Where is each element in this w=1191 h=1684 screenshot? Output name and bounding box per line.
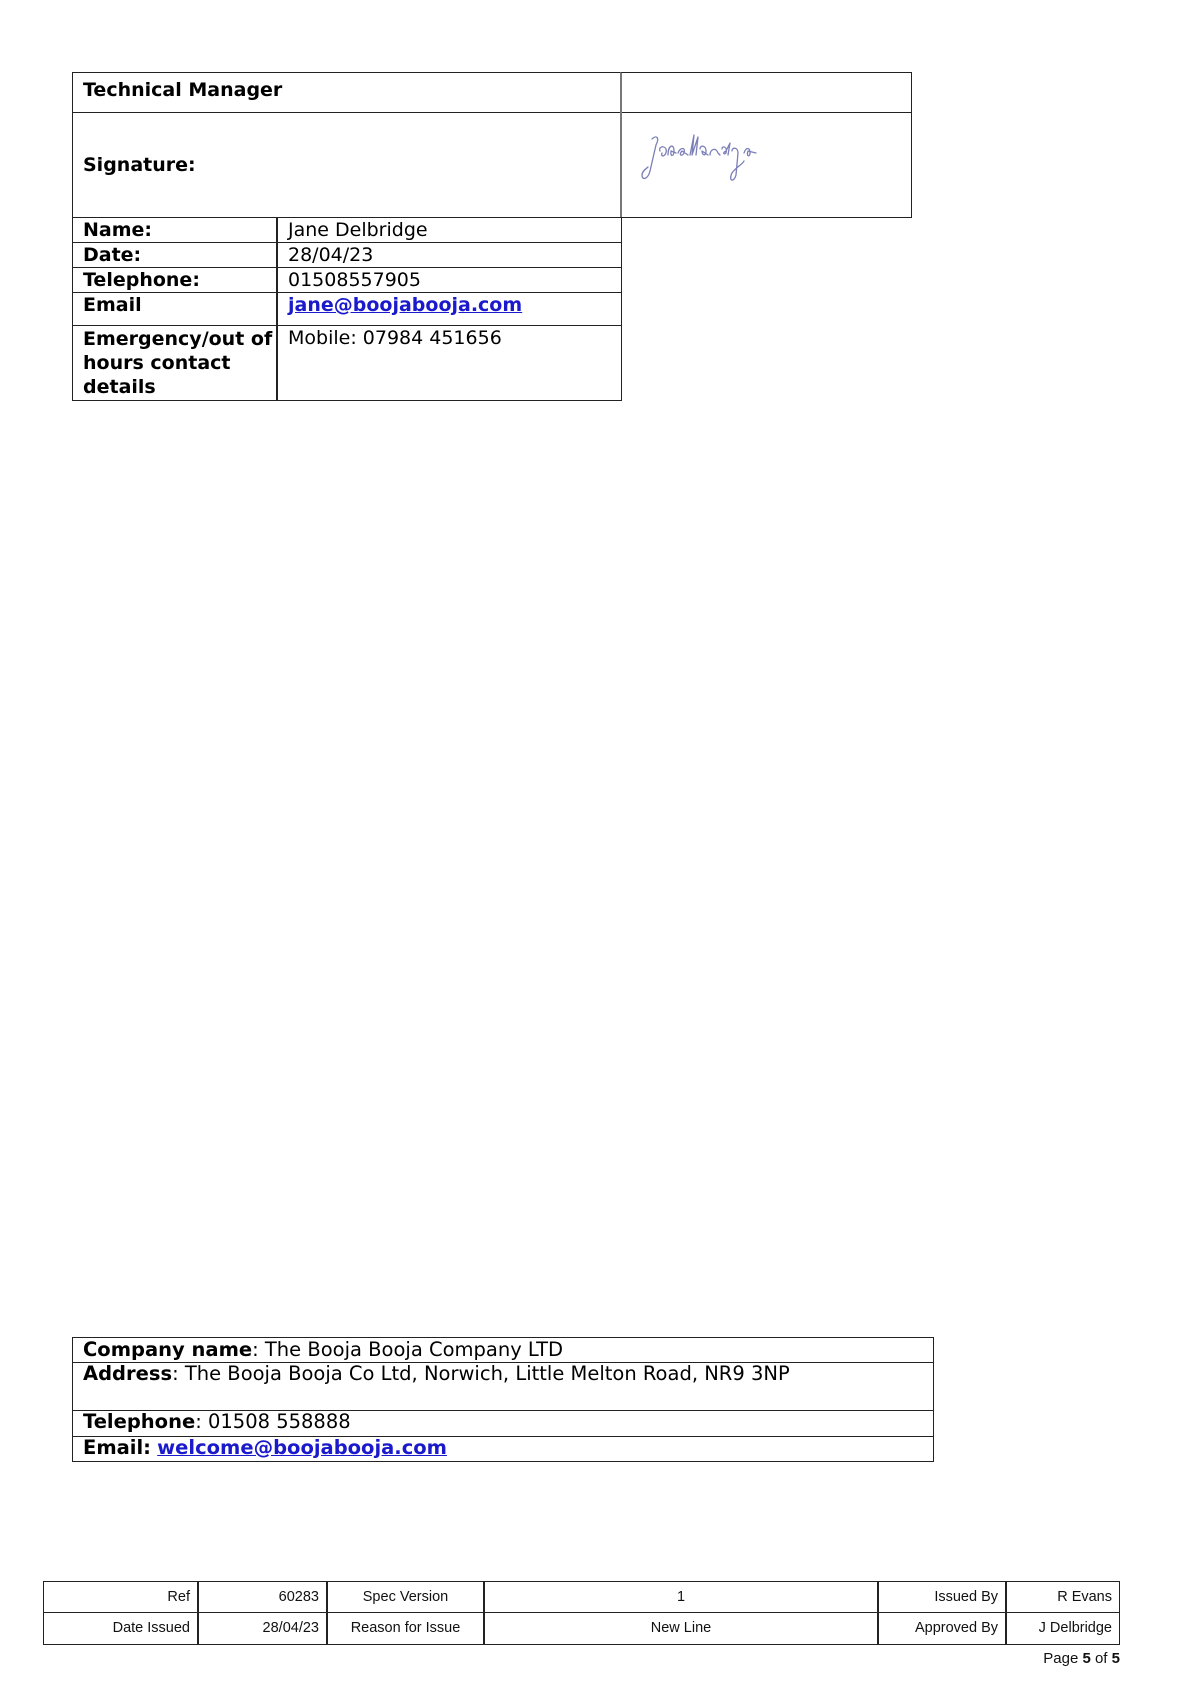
date-label: Date: (83, 244, 141, 267)
telephone-label: Telephone: (83, 269, 200, 292)
company-name-label: Company name (83, 1338, 252, 1361)
email-label: Email (83, 294, 142, 317)
footer-divider (197, 1581, 199, 1645)
approved-by-value: J Delbridge (1006, 1612, 1120, 1644)
info-row-telephone: Telephone: 01508557905 (72, 267, 622, 293)
approved-by-label: Approved By (878, 1612, 1006, 1644)
name-value: Jane Delbridge (288, 219, 428, 242)
company-name-value: : The Booja Booja Company LTD (252, 1338, 563, 1361)
column-divider (276, 217, 278, 401)
info-row-name: Name: Jane Delbridge (72, 217, 622, 243)
info-row-email: Email jane@boojabooja.com (72, 292, 622, 326)
footer-divider (483, 1581, 485, 1645)
info-row-date: Date: 28/04/23 (72, 242, 622, 268)
contact-info-table: Name: Jane Delbridge Date: 28/04/23 Tele… (72, 217, 622, 401)
company-email-label: Email: (83, 1436, 151, 1459)
company-table: Company name: The Booja Booja Company LT… (72, 1337, 934, 1462)
company-email-link[interactable]: welcome@boojabooja.com (157, 1436, 447, 1459)
signature-label-cell: Signature: (72, 111, 622, 218)
date-issued-value: 28/04/23 (198, 1612, 327, 1644)
email-link[interactable]: jane@boojabooja.com (288, 294, 522, 317)
company-email-row: Email: welcome@boojabooja.com (72, 1436, 934, 1462)
name-label: Name: (83, 219, 152, 242)
issued-by-label: Issued By (878, 1582, 1006, 1612)
signature-cell (620, 111, 912, 218)
address-label: Address (83, 1362, 172, 1385)
issued-by-value: R Evans (1006, 1582, 1120, 1612)
signature-image (638, 131, 788, 191)
date-value: 28/04/23 (288, 244, 373, 267)
role-title-cell: Technical Manager (72, 72, 622, 113)
spec-version-label: Spec Version (327, 1582, 484, 1612)
company-telephone-row: Telephone: 01508 558888 (72, 1410, 934, 1437)
footer-divider (877, 1581, 879, 1645)
date-issued-label: Date Issued (44, 1612, 198, 1644)
reason-for-issue-label: Reason for Issue (327, 1612, 484, 1644)
spec-version-value: 1 (484, 1582, 878, 1612)
company-name-row: Company name: The Booja Booja Company LT… (72, 1337, 934, 1363)
reason-for-issue-value: New Line (484, 1612, 878, 1644)
role-title: Technical Manager (83, 79, 282, 101)
info-row-emergency: Emergency/out of hours contact details M… (72, 325, 622, 401)
footer-row-1: Ref 60283 Spec Version 1 Issued By R Eva… (43, 1581, 1120, 1613)
page-number: Page 5 of 5 (1043, 1650, 1120, 1667)
address-value: : The Booja Booja Co Ltd, Norwich, Littl… (172, 1362, 790, 1385)
ref-label: Ref (44, 1582, 198, 1612)
emergency-value: Mobile: 07984 451656 (288, 327, 502, 350)
footer-divider (326, 1581, 328, 1645)
company-telephone-label: Telephone (83, 1410, 195, 1433)
emergency-label: Emergency/out of hours contact details (83, 327, 273, 399)
company-telephone-value: : 01508 558888 (195, 1410, 350, 1433)
role-title-empty-cell (620, 72, 912, 113)
telephone-value: 01508557905 (288, 269, 421, 292)
ref-value: 60283 (198, 1582, 327, 1612)
address-row: Address: The Booja Booja Co Ltd, Norwich… (72, 1362, 934, 1411)
document-footer: Ref 60283 Spec Version 1 Issued By R Eva… (43, 1581, 1120, 1645)
signature-label: Signature: (83, 154, 196, 176)
footer-divider (1005, 1581, 1007, 1645)
footer-row-2: Date Issued 28/04/23 Reason for Issue Ne… (43, 1612, 1120, 1645)
